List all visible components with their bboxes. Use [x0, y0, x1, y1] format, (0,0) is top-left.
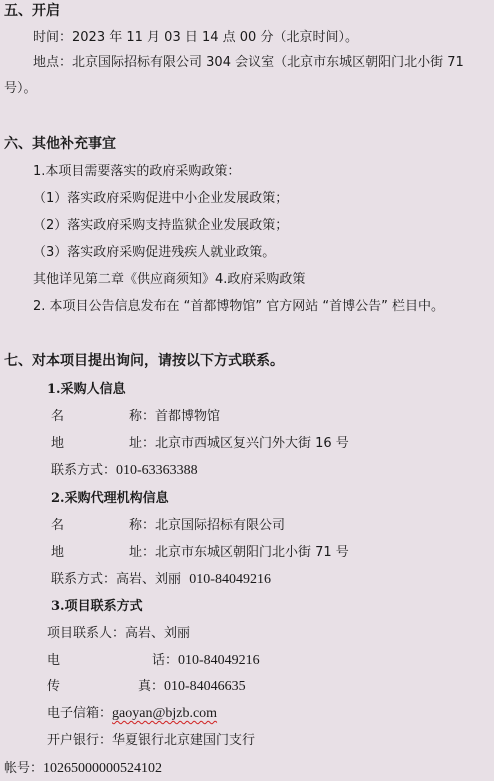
project-contact-fax-value: 010-84046635: [164, 679, 246, 694]
project-contact-phone-label: 电话：: [47, 652, 178, 670]
agency-address-value: 北京市东城区朝阳门北小街 71 号: [155, 545, 349, 560]
section-6-heading: 六、其他补充事宜: [4, 135, 116, 153]
project-contact-person-value: 高岩、刘丽: [125, 626, 190, 641]
policy-item-3: （3）落实政府采购促进残疾人就业政策。: [33, 244, 275, 262]
agency-name-label: 名称：: [51, 517, 155, 535]
project-contact-bank-label: 开户银行：: [47, 733, 112, 748]
purchaser-contact-label: 联系方式：: [51, 463, 116, 478]
open-place: 地点：北京国际招标有限公司 304 会议室（北京市东城区朝阳门北小街 71: [33, 54, 464, 72]
agency-title: 2.采购代理机构信息: [51, 490, 169, 508]
purchaser-address: 地址：北京市西城区复兴门外大街 16 号: [51, 435, 349, 453]
agency-contact: 联系方式：高岩、刘丽 010-84049216: [51, 571, 271, 589]
open-time: 时间：2023 年 11 月 03 日 14 点 00 分（北京时间）。: [33, 29, 358, 47]
open-time-label: 时间：: [33, 30, 72, 45]
project-contact-fax: 传真：010-84046635: [47, 678, 246, 696]
policy-item-1: （1）落实政府采购促进中小企业发展政策；: [33, 190, 288, 208]
policy-intro: 1.本项目需要落实的政府采购政策：: [33, 163, 240, 181]
agency-contact-names: 高岩、刘丽: [116, 572, 181, 587]
project-contact-bank-value: 华夏银行北京建国门支行: [112, 733, 255, 748]
open-place-continued: 号）。: [4, 80, 37, 98]
open-place-label: 地点：: [33, 55, 72, 70]
project-contact-fax-label: 传真：: [47, 678, 164, 696]
project-contact-email-value[interactable]: gaoyan@bjzb.com: [112, 706, 217, 721]
project-contact-account-label: 帐号：: [4, 761, 43, 776]
project-contact-person-label: 项目联系人：: [47, 626, 125, 641]
purchaser-address-value: 北京市西城区复兴门外大街 16 号: [155, 436, 349, 451]
policy-see-also: 其他详见第二章《供应商须知》4.政府采购政策: [33, 271, 305, 289]
purchaser-name-label: 名称：: [51, 408, 155, 426]
project-contact-account: 帐号：10265000000524102: [4, 760, 162, 778]
section-5-heading: 五、开启: [4, 2, 60, 20]
project-contact-bank: 开户银行：华夏银行北京建国门支行: [47, 732, 255, 750]
project-contact-title: 3.项目联系方式: [51, 598, 143, 616]
open-time-value: 2023 年 11 月 03 日 14 点 00 分（北京时间）。: [72, 30, 358, 45]
project-contact-phone-value: 010-84049216: [178, 653, 260, 668]
purchaser-address-label: 地址：: [51, 435, 155, 453]
purchaser-title: 1.采购人信息: [47, 381, 126, 399]
policy-item-2: （2）落实政府采购支持监狱企业发展政策；: [33, 217, 288, 235]
agency-contact-phone: 010-84049216: [189, 572, 271, 587]
purchaser-name: 名称：首都博物馆: [51, 408, 220, 426]
project-contact-person: 项目联系人：高岩、刘丽: [47, 625, 190, 643]
agency-address-label: 地址：: [51, 544, 155, 562]
open-place-value: 北京国际招标有限公司 304 会议室（北京市东城区朝阳门北小街 71: [72, 55, 464, 70]
agency-contact-label: 联系方式：: [51, 572, 116, 587]
agency-name: 名称：北京国际招标有限公司: [51, 517, 285, 535]
project-contact-account-value: 10265000000524102: [43, 761, 162, 776]
purchaser-contact-value: 010-63363388: [116, 463, 198, 478]
agency-name-value: 北京国际招标有限公司: [155, 518, 285, 533]
project-contact-email-label: 电子信箱：: [47, 706, 112, 721]
project-contact-phone: 电话：010-84049216: [47, 652, 260, 670]
section-7-heading: 七、对本项目提出询问，请按以下方式联系。: [4, 352, 284, 370]
announcement-note: 2. 本项目公告信息发布在 “首都博物馆” 官方网站 “首博公告” 栏目中。: [33, 298, 444, 316]
purchaser-contact: 联系方式：010-63363388: [51, 462, 198, 480]
purchaser-name-value: 首都博物馆: [155, 409, 220, 424]
project-contact-email: 电子信箱：gaoyan@bjzb.com: [47, 705, 217, 723]
agency-address: 地址：北京市东城区朝阳门北小街 71 号: [51, 544, 349, 562]
